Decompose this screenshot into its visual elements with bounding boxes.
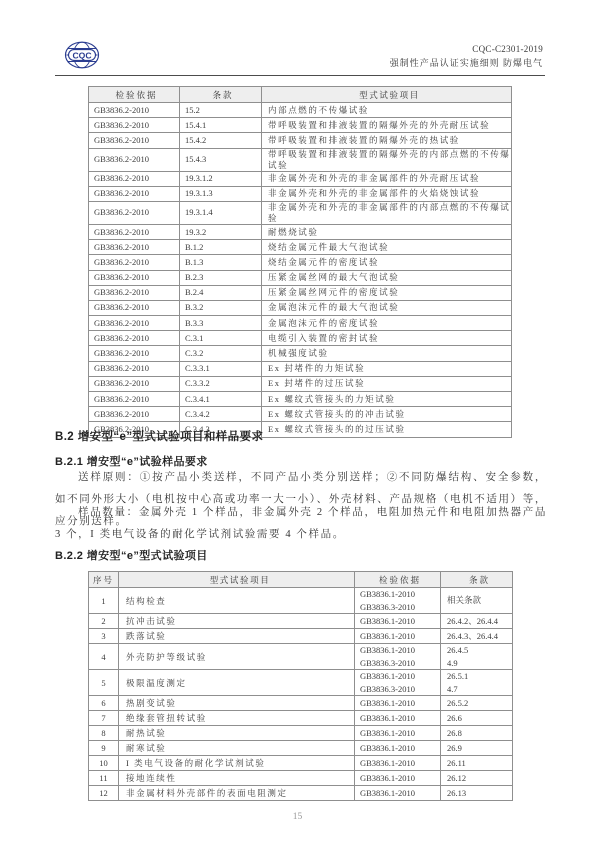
clause-cell: 26.11 <box>441 756 513 771</box>
col-header-clause: 条款 <box>180 87 262 103</box>
clause-cell: B.2.3 <box>180 270 262 285</box>
table-row: GB3836.2-2010B.2.4压紧金属丝网元件的密度试验 <box>89 285 512 300</box>
test-item-cell: Ex 螺纹式管接头的的冲击试验 <box>262 407 512 422</box>
table-row: GB3836.2-201019.3.1.2非金属外壳和外壳的非金属部件的外壳耐压… <box>89 171 512 186</box>
row-number-cell: 11 <box>89 771 119 786</box>
row-number-cell: 6 <box>89 696 119 711</box>
basis-cell: GB3836.1-2010GB3836.3-2010 <box>355 644 441 670</box>
clause-cell: 26.4.3、26.4.4 <box>441 629 513 644</box>
cell-line: GB3836.1-2010 <box>360 697 440 710</box>
basis-cell: GB3836.1-2010 <box>355 711 441 726</box>
row-number-cell: 10 <box>89 756 119 771</box>
table-header-row: 序号 型式试验项目 检验依据 条款 <box>89 572 513 588</box>
basis-cell: GB3836.2-2010 <box>89 285 180 300</box>
table-row: GB3836.2-201019.3.1.4非金属外壳和外壳的非金属部件的内部点燃… <box>89 201 512 224</box>
clause-cell: 26.5.14.7 <box>441 670 513 696</box>
table-row: 12非金属材料外壳部件的表面电阻测定GB3836.1-201026.13 <box>89 786 513 801</box>
cell-line: GB3836.3-2010 <box>360 657 440 670</box>
table-row: 8耐热试验GB3836.1-201026.8 <box>89 726 513 741</box>
table-row: GB3836.2-2010C.3.3.2Ex 封堵件的过压试验 <box>89 376 512 391</box>
test-item-cell: 绝缘套管扭转试验 <box>119 711 355 726</box>
cell-line: 26.12 <box>447 772 512 785</box>
col-header-test-item: 型式试验项目 <box>119 572 355 588</box>
table-row: 4外壳防护等级试验GB3836.1-2010GB3836.3-201026.4.… <box>89 644 513 670</box>
clause-cell: 19.3.2 <box>180 224 262 239</box>
cell-line: 26.5.2 <box>447 697 512 710</box>
cell-line: GB3836.1-2010 <box>360 772 440 785</box>
test-item-cell: 耐热试验 <box>119 726 355 741</box>
clause-cell: 15.4.1 <box>180 118 262 133</box>
table-row: GB3836.2-2010C.3.4.2Ex 螺纹式管接头的的冲击试验 <box>89 407 512 422</box>
cqc-logo-icon: CQC <box>64 41 100 69</box>
table-row: GB3836.2-2010C.3.2机械强度试验 <box>89 346 512 361</box>
basis-cell: GB3836.2-2010 <box>89 346 180 361</box>
cell-line: GB3836.1-2010 <box>360 787 440 800</box>
clause-cell: 19.3.1.2 <box>180 171 262 186</box>
cell-line: GB3836.1-2010 <box>360 615 440 628</box>
table-header-row: 检验依据 条款 型式试验项目 <box>89 87 512 103</box>
col-header-clause: 条款 <box>441 572 513 588</box>
document-page: CQC CQC-C2301-2019 强制性产品认证实施细则 防爆电气 检验依据… <box>0 0 595 845</box>
test-item-cell: 电缆引入装置的密封试验 <box>262 331 512 346</box>
cell-line: GB3836.1-2010 <box>360 742 440 755</box>
type-test-table-increased-safety: 序号 型式试验项目 检验依据 条款 1结构检查GB3836.1-2010GB38… <box>88 571 513 801</box>
cell-line: GB3836.1-2010 <box>360 670 440 683</box>
basis-cell: GB3836.1-2010 <box>355 614 441 629</box>
clause-cell: C.3.4.2 <box>180 407 262 422</box>
test-item-cell: 压紧金属丝网的最大气泡试验 <box>262 270 512 285</box>
row-number-cell: 2 <box>89 614 119 629</box>
basis-cell: GB3836.2-2010 <box>89 133 180 148</box>
table-row: 11接地连续性GB3836.1-201026.12 <box>89 771 513 786</box>
basis-cell: GB3836.2-2010 <box>89 316 180 331</box>
type-test-table-flameproof: 检验依据 条款 型式试验项目 GB3836.2-201015.2内部点燃的不传爆… <box>88 86 512 438</box>
clause-cell: 26.4.54.9 <box>441 644 513 670</box>
doc-code: CQC-C2301-2019 <box>390 42 543 56</box>
basis-cell: GB3836.1-2010 <box>355 756 441 771</box>
clause-cell: C.3.3.1 <box>180 361 262 376</box>
basis-cell: GB3836.2-2010 <box>89 376 180 391</box>
cell-line: 26.4.2、26.4.4 <box>447 615 512 628</box>
clause-cell: 19.3.1.4 <box>180 201 262 224</box>
col-header-no: 序号 <box>89 572 119 588</box>
table-row: GB3836.2-2010B.2.3压紧金属丝网的最大气泡试验 <box>89 270 512 285</box>
clause-cell: 15.4.2 <box>180 133 262 148</box>
basis-cell: GB3836.2-2010 <box>89 255 180 270</box>
clause-cell: 26.12 <box>441 771 513 786</box>
clause-cell: 15.2 <box>180 103 262 118</box>
basis-cell: GB3836.1-2010 <box>355 629 441 644</box>
table-row: 7绝缘套管扭转试验GB3836.1-201026.6 <box>89 711 513 726</box>
cell-line: 4.9 <box>447 657 512 670</box>
row-number-cell: 7 <box>89 711 119 726</box>
table-row: 3跌落试验GB3836.1-201026.4.3、26.4.4 <box>89 629 513 644</box>
test-item-cell: 内部点燃的不传爆试验 <box>262 103 512 118</box>
basis-cell: GB3836.1-2010GB3836.3-2010 <box>355 670 441 696</box>
clause-cell: C.3.1 <box>180 331 262 346</box>
cell-line: GB3836.1-2010 <box>360 644 440 657</box>
basis-cell: GB3836.2-2010 <box>89 186 180 201</box>
col-header-basis: 检验依据 <box>355 572 441 588</box>
cell-line: 4.7 <box>447 683 512 696</box>
clause-cell: B.1.3 <box>180 255 262 270</box>
basis-cell: GB3836.2-2010 <box>89 148 180 171</box>
table-row: 9耐寒试验GB3836.1-201026.9 <box>89 741 513 756</box>
test-item-cell: 跌落试验 <box>119 629 355 644</box>
table-row: GB3836.2-2010C.3.1电缆引入装置的密封试验 <box>89 331 512 346</box>
test-item-cell: 非金属外壳和外壳的非金属部件的外壳耐压试验 <box>262 171 512 186</box>
table-row: GB3836.2-2010B.3.3金属泡沫元件的密度试验 <box>89 316 512 331</box>
clause-cell: 15.4.3 <box>180 148 262 171</box>
cell-line: GB3836.1-2010 <box>360 712 440 725</box>
cell-line: 26.11 <box>447 757 512 770</box>
basis-cell: GB3836.2-2010 <box>89 407 180 422</box>
cell-line: 26.4.3、26.4.4 <box>447 630 512 643</box>
cell-line: 26.5.1 <box>447 670 512 683</box>
basis-cell: GB3836.1-2010GB3836.3-2010 <box>355 588 441 614</box>
cell-line: 26.4.5 <box>447 644 512 657</box>
clause-cell: B.1.2 <box>180 240 262 255</box>
test-item-cell: Ex 螺纹式管接头的力矩试验 <box>262 392 512 407</box>
clause-cell: C.3.2 <box>180 346 262 361</box>
table2-body: 1结构检查GB3836.1-2010GB3836.3-2010相关条款2抗冲击试… <box>89 588 513 801</box>
table-row: GB3836.2-2010B.1.3烧结金属元件的密度试验 <box>89 255 512 270</box>
table-row: 10I 类电气设备的耐化学试剂试验GB3836.1-201026.11 <box>89 756 513 771</box>
table-row: GB3836.2-201015.2内部点燃的不传爆试验 <box>89 103 512 118</box>
test-item-cell: 带呼吸装置和排液装置的隔爆外壳的外壳耐压试验 <box>262 118 512 133</box>
table-row: 2抗冲击试验GB3836.1-201026.4.2、26.4.4 <box>89 614 513 629</box>
section-heading-b22: B.2.2 增安型“e”型式试验项目 <box>55 547 208 563</box>
test-item-cell: 抗冲击试验 <box>119 614 355 629</box>
clause-cell: 26.8 <box>441 726 513 741</box>
cell-line: GB3836.1-2010 <box>360 630 440 643</box>
basis-cell: GB3836.2-2010 <box>89 201 180 224</box>
test-item-cell: 非金属材料外壳部件的表面电阻测定 <box>119 786 355 801</box>
basis-cell: GB3836.2-2010 <box>89 240 180 255</box>
clause-cell: 19.3.1.3 <box>180 186 262 201</box>
header-divider <box>55 75 545 76</box>
basis-cell: GB3836.1-2010 <box>355 696 441 711</box>
test-item-cell: 烧结金属元件的密度试验 <box>262 255 512 270</box>
test-item-cell: Ex 封堵件的过压试验 <box>262 376 512 391</box>
row-number-cell: 5 <box>89 670 119 696</box>
basis-cell: GB3836.2-2010 <box>89 171 180 186</box>
basis-cell: GB3836.2-2010 <box>89 118 180 133</box>
table-row: 1结构检查GB3836.1-2010GB3836.3-2010相关条款 <box>89 588 513 614</box>
test-item-cell: 带呼吸装置和排液装置的隔爆外壳的内部点燃的不传爆试验 <box>262 148 512 171</box>
cell-line: 26.13 <box>447 787 512 800</box>
test-item-cell: Ex 螺纹式管接头的的过压试验 <box>262 422 512 437</box>
basis-cell: GB3836.2-2010 <box>89 361 180 376</box>
cell-line: GB3836.1-2010 <box>360 727 440 740</box>
row-number-cell: 1 <box>89 588 119 614</box>
clause-cell: 26.5.2 <box>441 696 513 711</box>
basis-cell: GB3836.2-2010 <box>89 103 180 118</box>
basis-cell: GB3836.1-2010 <box>355 726 441 741</box>
row-number-cell: 12 <box>89 786 119 801</box>
test-item-cell: 压紧金属丝网元件的密度试验 <box>262 285 512 300</box>
cell-line: 26.8 <box>447 727 512 740</box>
test-item-cell: Ex 封堵件的力矩试验 <box>262 361 512 376</box>
test-item-cell: 金属泡沫元件的最大气泡试验 <box>262 300 512 315</box>
test-item-cell: 外壳防护等级试验 <box>119 644 355 670</box>
paragraph-sample-quantity: 样品数量：金属外壳 1 个样品，非金属外壳 2 个样品，电阻加热元件和电阻加热器… <box>55 502 547 546</box>
cell-line: GB3836.3-2010 <box>360 601 440 614</box>
test-item-cell: 热剧变试验 <box>119 696 355 711</box>
clause-cell: C.3.4.1 <box>180 392 262 407</box>
cell-line: GB3836.1-2010 <box>360 757 440 770</box>
test-item-cell: 接地连续性 <box>119 771 355 786</box>
section-heading-b2: B.2 增安型“e”型式试验项目和样品要求 <box>55 428 263 444</box>
table-row: 6热剧变试验GB3836.1-201026.5.2 <box>89 696 513 711</box>
table-row: GB3836.2-201015.4.1带呼吸装置和排液装置的隔爆外壳的外壳耐压试… <box>89 118 512 133</box>
basis-cell: GB3836.2-2010 <box>89 270 180 285</box>
clause-cell: 相关条款 <box>441 588 513 614</box>
test-item-cell: 机械强度试验 <box>262 346 512 361</box>
table-row: GB3836.2-201015.4.2带呼吸装置和排液装置的隔爆外壳的热试验 <box>89 133 512 148</box>
basis-cell: GB3836.2-2010 <box>89 331 180 346</box>
cell-line: GB3836.3-2010 <box>360 683 440 696</box>
test-item-cell: 非金属外壳和外壳的非金属部件的火焰烧蚀试验 <box>262 186 512 201</box>
clause-cell: B.3.3 <box>180 316 262 331</box>
doc-subtitle: 强制性产品认证实施细则 防爆电气 <box>390 56 543 70</box>
page-number: 15 <box>0 812 595 822</box>
row-number-cell: 9 <box>89 741 119 756</box>
table-row: GB3836.2-2010C.3.3.1Ex 封堵件的力矩试验 <box>89 361 512 376</box>
document-header: CQC-C2301-2019 强制性产品认证实施细则 防爆电气 <box>390 42 543 70</box>
test-item-cell: 烧结金属元件最大气泡试验 <box>262 240 512 255</box>
basis-cell: GB3836.1-2010 <box>355 786 441 801</box>
clause-cell: 26.4.2、26.4.4 <box>441 614 513 629</box>
test-item-cell: 结构检查 <box>119 588 355 614</box>
test-item-cell: 金属泡沫元件的密度试验 <box>262 316 512 331</box>
col-header-test-item: 型式试验项目 <box>262 87 512 103</box>
test-item-cell: 非金属外壳和外壳的非金属部件的内部点燃的不传爆试验 <box>262 201 512 224</box>
cell-line: GB3836.1-2010 <box>360 588 440 601</box>
clause-cell: B.2.4 <box>180 285 262 300</box>
cell-line: 26.9 <box>447 742 512 755</box>
table-row: GB3836.2-201019.3.2耐燃烧试验 <box>89 224 512 239</box>
row-number-cell: 3 <box>89 629 119 644</box>
cell-line: 26.6 <box>447 712 512 725</box>
clause-cell: 26.13 <box>441 786 513 801</box>
row-number-cell: 4 <box>89 644 119 670</box>
basis-cell: GB3836.2-2010 <box>89 392 180 407</box>
table-row: GB3836.2-2010B.3.2金属泡沫元件的最大气泡试验 <box>89 300 512 315</box>
table1-body: GB3836.2-201015.2内部点燃的不传爆试验GB3836.2-2010… <box>89 103 512 438</box>
cell-line: 相关条款 <box>447 594 512 607</box>
row-number-cell: 8 <box>89 726 119 741</box>
table-row: 5极限温度测定GB3836.1-2010GB3836.3-201026.5.14… <box>89 670 513 696</box>
basis-cell: GB3836.1-2010 <box>355 741 441 756</box>
basis-cell: GB3836.2-2010 <box>89 224 180 239</box>
test-item-cell: 极限温度测定 <box>119 670 355 696</box>
clause-cell: B.3.2 <box>180 300 262 315</box>
logo-text: CQC <box>72 50 91 60</box>
clause-cell: 26.6 <box>441 711 513 726</box>
clause-cell: C.3.3.2 <box>180 376 262 391</box>
basis-cell: GB3836.2-2010 <box>89 300 180 315</box>
table-row: GB3836.2-2010B.1.2烧结金属元件最大气泡试验 <box>89 240 512 255</box>
basis-cell: GB3836.1-2010 <box>355 771 441 786</box>
test-item-cell: I 类电气设备的耐化学试剂试验 <box>119 756 355 771</box>
test-item-cell: 耐寒试验 <box>119 741 355 756</box>
test-item-cell: 耐燃烧试验 <box>262 224 512 239</box>
test-item-cell: 带呼吸装置和排液装置的隔爆外壳的热试验 <box>262 133 512 148</box>
col-header-basis: 检验依据 <box>89 87 180 103</box>
table-row: GB3836.2-201015.4.3带呼吸装置和排液装置的隔爆外壳的内部点燃的… <box>89 148 512 171</box>
clause-cell: 26.9 <box>441 741 513 756</box>
table-row: GB3836.2-2010C.3.4.1Ex 螺纹式管接头的力矩试验 <box>89 392 512 407</box>
table-row: GB3836.2-201019.3.1.3非金属外壳和外壳的非金属部件的火焰烧蚀… <box>89 186 512 201</box>
